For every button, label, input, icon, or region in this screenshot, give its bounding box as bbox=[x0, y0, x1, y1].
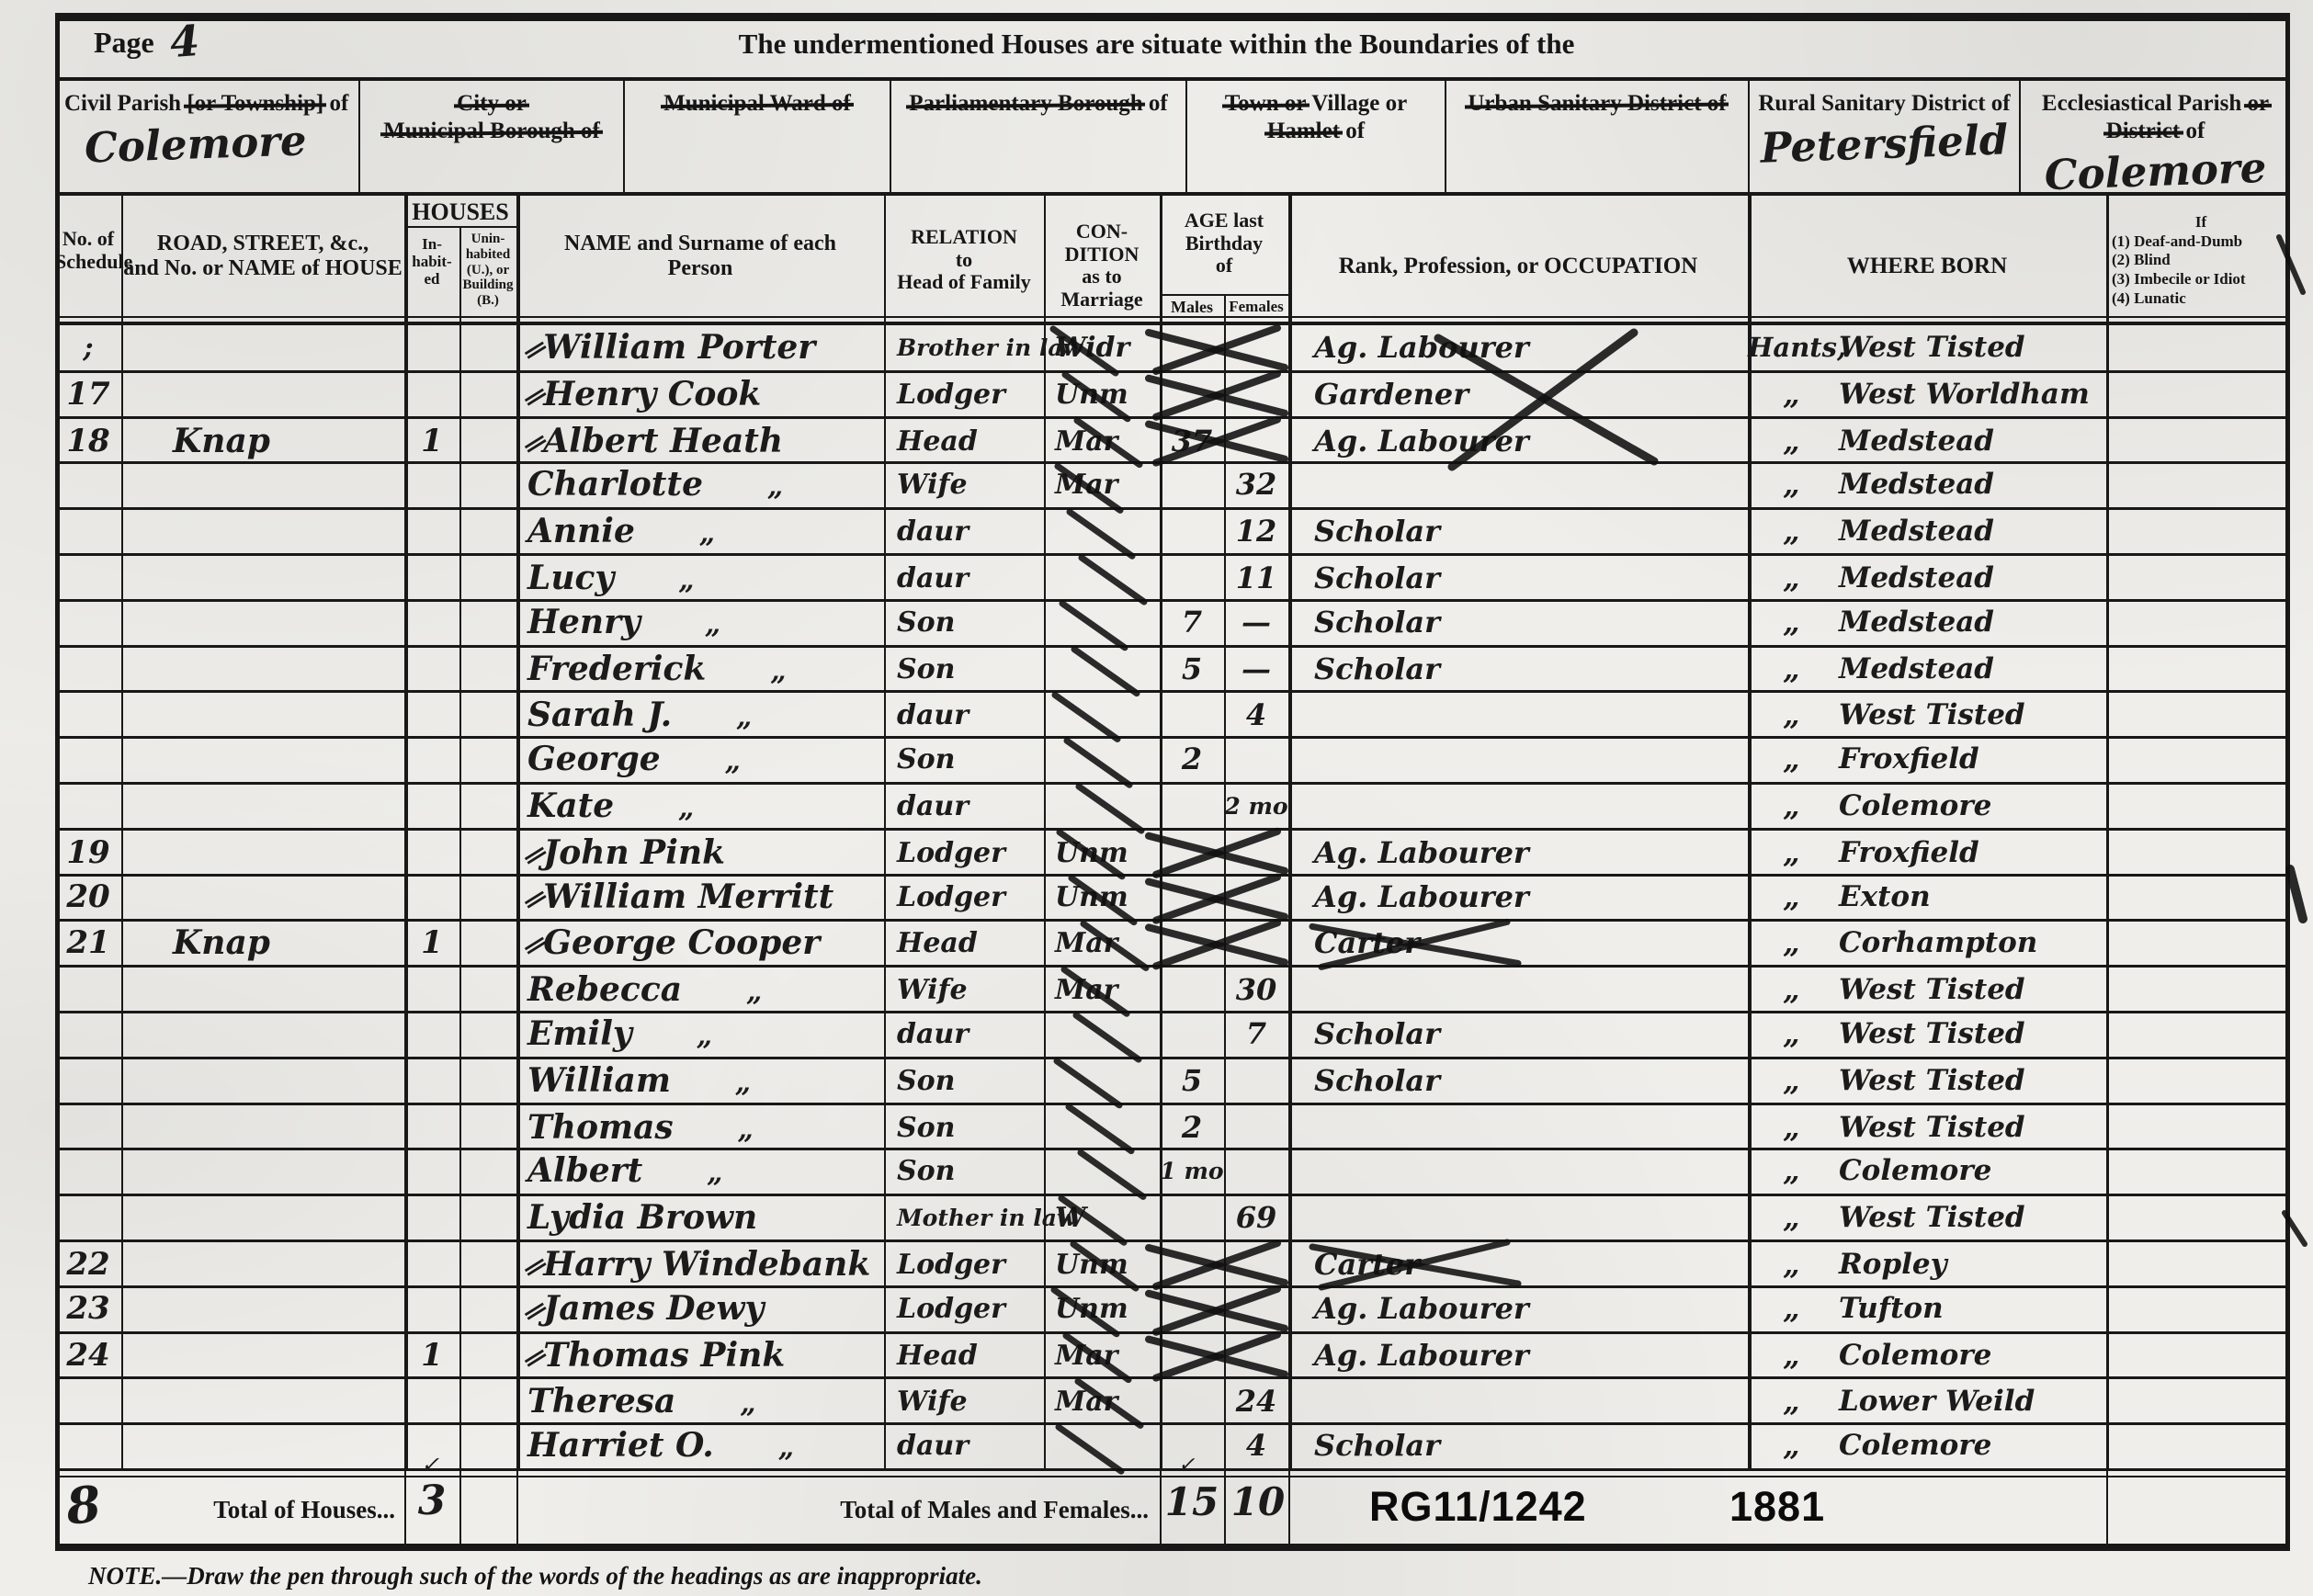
person-name: Kate bbox=[527, 787, 614, 825]
cell-born-prefix: „ bbox=[1748, 737, 1835, 783]
cell-born: Froxfield bbox=[1835, 737, 2102, 783]
row-rule bbox=[55, 1331, 2290, 1334]
cell-born: Medstead bbox=[1835, 647, 2102, 693]
cell-born: Froxfield bbox=[1835, 831, 2102, 877]
cell-name: Harriet O.„ bbox=[516, 1423, 884, 1469]
cell-occupation: Scholar bbox=[1288, 1423, 1748, 1469]
cell-occupation: Scholar bbox=[1288, 647, 1748, 693]
cell-relation: daur bbox=[884, 1012, 1044, 1058]
surname-ditto: „ bbox=[746, 976, 762, 1008]
cell-born-prefix: „ bbox=[1748, 1105, 1835, 1151]
cell-condition: Widr bbox=[1044, 325, 1160, 371]
totals-divider bbox=[516, 1470, 518, 1544]
header-box-civil-parish: Civil Parish [or Township] ofColemore bbox=[55, 81, 358, 195]
cell-born-prefix: „ bbox=[1748, 921, 1835, 967]
cell-condition: Mar bbox=[1044, 419, 1160, 465]
cell-born: Colemore bbox=[1835, 1333, 2102, 1379]
totals-divider bbox=[459, 1470, 461, 1544]
census-year-stamp: 1881 bbox=[1729, 1483, 1825, 1531]
cell-born-prefix: „ bbox=[1748, 509, 1835, 555]
header-box-municipal-ward: Municipal Ward of bbox=[623, 81, 890, 195]
cell-relation: Head bbox=[884, 921, 1044, 967]
cell-born: West Tisted bbox=[1835, 1058, 2102, 1104]
surname-ditto: „ bbox=[678, 564, 694, 596]
cell-relation: daur bbox=[884, 509, 1044, 555]
cell-born: Lower Weild bbox=[1835, 1379, 2102, 1425]
cell-born-prefix: „ bbox=[1748, 1149, 1835, 1194]
cell-age-female: 11 bbox=[1224, 556, 1288, 602]
person-name: James Dewy bbox=[543, 1289, 764, 1328]
total-males-value: 15 bbox=[1160, 1479, 1224, 1524]
cell-relation: daur bbox=[884, 784, 1044, 830]
cell-road: Knap bbox=[121, 419, 404, 465]
condition-slash bbox=[1076, 1015, 1139, 1059]
col-divider-uninh bbox=[459, 228, 461, 1470]
houses-subrule bbox=[404, 226, 516, 228]
cell-name: Henry„ bbox=[516, 600, 884, 646]
cell-age-female: 12 bbox=[1224, 509, 1288, 555]
age-cross bbox=[1156, 374, 1277, 417]
col-divider-inf bbox=[2106, 195, 2109, 1470]
header-box-label: City orMunicipal Borough of bbox=[360, 81, 623, 145]
header-box-label-segment: of bbox=[2180, 119, 2205, 143]
age-cross bbox=[1156, 328, 1277, 371]
col-divider-name bbox=[516, 195, 520, 1470]
cell-relation: Mother in law bbox=[884, 1195, 1044, 1241]
cell-condition: Unm bbox=[1044, 1286, 1160, 1332]
cell-relation: Son bbox=[884, 1058, 1044, 1104]
person-name: Charlotte bbox=[527, 465, 703, 504]
person-name: John Pink bbox=[543, 833, 725, 872]
cell-name: Charlotte„ bbox=[516, 462, 884, 508]
condition-slash bbox=[1069, 1107, 1131, 1151]
cell-born-prefix: „ bbox=[1748, 1286, 1835, 1332]
age-cross bbox=[1149, 1248, 1285, 1283]
row-rule bbox=[55, 1148, 2290, 1150]
page-strip-rule bbox=[55, 77, 2290, 81]
cell-road: Knap bbox=[121, 921, 404, 967]
cell-born-prefix: „ bbox=[1748, 600, 1835, 646]
cell-born: Ropley bbox=[1835, 1242, 2102, 1288]
cell-occupation: Scholar bbox=[1288, 1012, 1748, 1058]
age-cross bbox=[1149, 927, 1285, 962]
cell-name: ∥William Merritt bbox=[516, 875, 884, 921]
header-box-label: Municipal Ward of bbox=[625, 81, 890, 118]
cell-relation: daur bbox=[884, 1423, 1044, 1469]
cell-occupation: Ag. Labourer bbox=[1288, 1333, 1748, 1379]
cell-condition: Mar bbox=[1044, 921, 1160, 967]
col-divider-age_m bbox=[1160, 195, 1162, 1470]
cell-name: ∥Harry Windebank bbox=[516, 1242, 884, 1288]
cell-relation: Lodger bbox=[884, 372, 1044, 418]
cell-born-prefix: „ bbox=[1748, 1012, 1835, 1058]
cell-age-male: 2 bbox=[1160, 1105, 1224, 1151]
total-houses-value: 3 bbox=[404, 1477, 459, 1524]
col-divider-occ bbox=[1288, 195, 1292, 1470]
cell-name: Sarah J.„ bbox=[516, 693, 884, 739]
cell-age-female: — bbox=[1224, 600, 1288, 646]
person-name: George Cooper bbox=[543, 923, 820, 962]
surname-ditto: „ bbox=[740, 1387, 755, 1420]
cell-born: Colemore bbox=[1835, 784, 2102, 830]
row-rule bbox=[55, 736, 2290, 739]
person-name: Harriet O. bbox=[527, 1426, 714, 1465]
cell-occupation: Ag. Labourer bbox=[1288, 1286, 1748, 1332]
header-box-label: Parliamentary Borough of bbox=[891, 81, 1185, 118]
row-rule bbox=[55, 370, 2290, 373]
person-name: Lucy bbox=[527, 559, 614, 597]
cell-age-male: 7 bbox=[1160, 600, 1224, 646]
cell-condition: W bbox=[1044, 1195, 1160, 1241]
person-name: Albert Heath bbox=[543, 422, 783, 460]
cell-schedule-mark: ; bbox=[55, 325, 121, 371]
row-rule bbox=[55, 507, 2290, 510]
cell-born: West Tisted bbox=[1835, 325, 2102, 371]
cell-age-female: 32 bbox=[1224, 462, 1288, 508]
row-rule bbox=[55, 1468, 2290, 1471]
cell-born-prefix: „ bbox=[1748, 419, 1835, 465]
cell-born: Exton bbox=[1835, 875, 2102, 921]
age-cross bbox=[1149, 379, 1285, 413]
surname-ditto: „ bbox=[738, 1114, 754, 1146]
cell-occupation: Carter bbox=[1288, 921, 1748, 967]
person-name: George bbox=[527, 740, 661, 778]
totals-divider bbox=[2106, 1470, 2108, 1544]
cell-age-female: 69 bbox=[1224, 1195, 1288, 1241]
cell-condition: Unm bbox=[1044, 831, 1160, 877]
cell-name: Annie„ bbox=[516, 509, 884, 555]
cell-born-prefix: „ bbox=[1748, 556, 1835, 602]
cell-inhabited: 1 bbox=[404, 1333, 459, 1379]
total-houses-check: ✓ bbox=[421, 1452, 439, 1477]
cell-born: Tufton bbox=[1835, 1286, 2102, 1332]
surname-ditto: „ bbox=[778, 1432, 794, 1464]
header-box-label-segment: or bbox=[2247, 91, 2269, 116]
cell-name: Lydia Brown bbox=[516, 1195, 884, 1241]
cell-schedule: 18 bbox=[55, 419, 121, 465]
cell-name: Frederick„ bbox=[516, 647, 884, 693]
header-box-label-segment: City or bbox=[457, 91, 527, 116]
cell-name: George„ bbox=[516, 737, 884, 783]
cell-name: ∥Albert Heath bbox=[516, 419, 884, 465]
header-box-divider bbox=[358, 81, 360, 195]
cell-born: Medstead bbox=[1835, 556, 2102, 602]
row-rule bbox=[55, 965, 2290, 968]
age-cross bbox=[1156, 1289, 1277, 1332]
total-males-females-label: Total of Males and Females... bbox=[790, 1496, 1149, 1524]
cell-born-prefix: „ bbox=[1748, 1242, 1835, 1288]
cell-age-female: 2 mo bbox=[1224, 784, 1288, 830]
frame-left bbox=[55, 13, 60, 1551]
cell-relation: daur bbox=[884, 693, 1044, 739]
cell-name: Theresa„ bbox=[516, 1379, 884, 1425]
cell-born-prefix: „ bbox=[1748, 372, 1835, 418]
condition-slash bbox=[1055, 695, 1117, 739]
person-name: Thomas bbox=[527, 1108, 674, 1147]
person-name: Thomas Pink bbox=[543, 1336, 785, 1375]
col-divider-age_f bbox=[1224, 296, 1226, 1470]
frame-top bbox=[55, 13, 2290, 21]
cell-schedule: 23 bbox=[55, 1286, 121, 1332]
condition-slash bbox=[1062, 604, 1125, 648]
cell-condition: Mar bbox=[1044, 968, 1160, 1013]
cell-relation: Son bbox=[884, 737, 1044, 783]
header-box-label: Ecclesiastical Parish orDistrict of bbox=[2021, 81, 2290, 145]
cell-occupation: Scholar bbox=[1288, 509, 1748, 555]
row-rule bbox=[55, 553, 2290, 556]
frame-bottom bbox=[55, 1544, 2290, 1551]
cell-age-male: 1 mo bbox=[1160, 1149, 1224, 1194]
age-cross bbox=[1156, 1243, 1277, 1286]
surname-ditto: „ bbox=[767, 470, 783, 503]
person-name: Lydia Brown bbox=[527, 1198, 757, 1237]
age-cross bbox=[1149, 333, 1285, 368]
cell-born-prefix: „ bbox=[1748, 1423, 1835, 1469]
cell-relation: daur bbox=[884, 556, 1044, 602]
cell-born: West Tisted bbox=[1835, 1195, 2102, 1241]
cell-born: Corhampton bbox=[1835, 921, 2102, 967]
person-name: Henry Cook bbox=[543, 375, 761, 413]
cell-relation: Lodger bbox=[884, 1242, 1044, 1288]
cell-relation: Son bbox=[884, 647, 1044, 693]
cell-born: West Worldham bbox=[1835, 372, 2102, 418]
header-box-parliamentary-borough: Parliamentary Borough of bbox=[890, 81, 1185, 195]
cell-age-female: 30 bbox=[1224, 968, 1288, 1013]
cell-schedule: 21 bbox=[55, 921, 121, 967]
cell-born: Colemore bbox=[1835, 1423, 2102, 1469]
header-box-divider bbox=[1445, 81, 1446, 195]
cell-name: Rebecca„ bbox=[516, 968, 884, 1013]
header-box-label: Town or Village orHamlet of bbox=[1187, 81, 1445, 145]
cell-occupation: Scholar bbox=[1288, 1058, 1748, 1104]
surname-ditto: „ bbox=[699, 517, 715, 549]
row-rule bbox=[55, 874, 2290, 877]
header-box-label-segment: Municipal Borough of bbox=[383, 119, 600, 143]
cell-relation: Lodger bbox=[884, 831, 1044, 877]
cell-born: Medstead bbox=[1835, 462, 2102, 508]
header-box-divider bbox=[623, 81, 625, 195]
cell-occupation: Scholar bbox=[1288, 600, 1748, 646]
cell-born-prefix: „ bbox=[1748, 831, 1835, 877]
col-divider-cond bbox=[1044, 195, 1046, 1470]
cell-relation: Son bbox=[884, 600, 1044, 646]
cell-born: Colemore bbox=[1835, 1149, 2102, 1194]
person-name: William Merritt bbox=[543, 877, 833, 916]
cell-born-prefix: „ bbox=[1748, 1058, 1835, 1104]
person-name: Frederick bbox=[527, 650, 706, 688]
cell-occupation: Scholar bbox=[1288, 556, 1748, 602]
total-houses-label: Total of Houses... bbox=[138, 1496, 395, 1524]
header-box-town-village-hamlet: Town or Village orHamlet of bbox=[1185, 81, 1445, 195]
cell-name: ∥George Cooper bbox=[516, 921, 884, 967]
cell-schedule: 20 bbox=[55, 875, 121, 921]
header-box-label-segment: Ecclesiastical Parish bbox=[2042, 91, 2248, 116]
cell-occupation: Ag. Labourer bbox=[1288, 831, 1748, 877]
age-cross bbox=[1149, 1294, 1285, 1329]
age-cross bbox=[1149, 882, 1285, 917]
header-box-label: Urban Sanitary District of bbox=[1446, 81, 1748, 118]
row-rule bbox=[55, 1194, 2290, 1196]
frame-right bbox=[2285, 13, 2290, 1551]
person-name: Emily bbox=[527, 1014, 632, 1053]
cell-age-male: 37 bbox=[1160, 419, 1224, 465]
cell-name: ∥Henry Cook bbox=[516, 372, 884, 418]
person-name: Harry Windebank bbox=[543, 1245, 870, 1284]
row-rule bbox=[55, 1285, 2290, 1288]
person-name: Rebecca bbox=[527, 970, 682, 1009]
cell-born-prefix: „ bbox=[1748, 875, 1835, 921]
header-box-value: Petersfield bbox=[1749, 115, 2020, 173]
header-box-label-segment: of bbox=[1340, 119, 1365, 143]
cell-condition: Unm bbox=[1044, 372, 1160, 418]
schedule-total-mark: 8 bbox=[63, 1474, 104, 1536]
header-box-label-segment: Rural Sanitary District of bbox=[1758, 91, 2010, 116]
age-cross bbox=[1156, 1335, 1277, 1378]
surname-ditto: „ bbox=[705, 608, 720, 640]
cell-schedule: 17 bbox=[55, 372, 121, 418]
header-box-label-segment: Hamlet bbox=[1267, 119, 1340, 143]
cell-name: Albert„ bbox=[516, 1149, 884, 1194]
cell-occupation: Ag. Labourer bbox=[1288, 875, 1748, 921]
age-cross bbox=[1156, 923, 1277, 966]
margin-ink-mark bbox=[2290, 869, 2303, 919]
condition-slash bbox=[1059, 1427, 1121, 1471]
row-rule bbox=[55, 599, 2290, 602]
condition-slash bbox=[1079, 787, 1141, 831]
header-boxes-rule bbox=[55, 192, 2290, 196]
cell-born: Medstead bbox=[1835, 419, 2102, 465]
cell-relation: Wife bbox=[884, 968, 1044, 1013]
cell-born-prefix: „ bbox=[1748, 1195, 1835, 1241]
surname-ditto: „ bbox=[725, 745, 741, 777]
cell-occupation: Carter bbox=[1288, 1242, 1748, 1288]
cell-occupation: Gardener bbox=[1288, 372, 1748, 418]
cell-schedule: 19 bbox=[55, 831, 121, 877]
surname-ditto: „ bbox=[735, 1067, 751, 1099]
cell-born-prefix: „ bbox=[1748, 693, 1835, 739]
header-box-label-segment: District bbox=[2106, 119, 2181, 143]
cell-born-prefix: „ bbox=[1748, 784, 1835, 830]
archive-reference-stamp: RG11/1242 bbox=[1369, 1483, 1587, 1531]
row-rule bbox=[55, 828, 2290, 831]
cell-condition: Unm bbox=[1044, 1242, 1160, 1288]
cell-name: ∥Thomas Pink bbox=[516, 1333, 884, 1379]
header-box-label: Rural Sanitary District of bbox=[1750, 81, 2019, 118]
cell-relation: Son bbox=[884, 1149, 1044, 1194]
cell-born: Medstead bbox=[1835, 600, 2102, 646]
cell-born-prefix: „ bbox=[1748, 462, 1835, 508]
condition-slash bbox=[1082, 558, 1144, 602]
cell-name: William„ bbox=[516, 1058, 884, 1104]
surname-ditto: „ bbox=[736, 701, 752, 733]
cell-age-male: 5 bbox=[1160, 1058, 1224, 1104]
header-box-divider bbox=[2019, 81, 2021, 195]
header-box-rural-sanitary-district: Rural Sanitary District ofPetersfield bbox=[1748, 81, 2019, 195]
header-box-ecclesiastical-parish: Ecclesiastical Parish orDistrict ofColem… bbox=[2019, 81, 2290, 195]
header-box-divider bbox=[1748, 81, 1750, 195]
cell-born: West Tisted bbox=[1835, 693, 2102, 739]
census-sheet-1881: Page 4 The undermentioned Houses are sit… bbox=[0, 0, 2313, 1596]
cell-relation: Wife bbox=[884, 462, 1044, 508]
cell-occupation: Ag. Labourer bbox=[1288, 419, 1748, 465]
age-cross bbox=[1149, 1340, 1285, 1375]
col-divider-inh bbox=[404, 195, 408, 1470]
cell-age-male: 5 bbox=[1160, 647, 1224, 693]
cell-inhabited: 1 bbox=[404, 921, 459, 967]
col-divider-born bbox=[1748, 195, 1752, 1470]
cell-born: West Tisted bbox=[1835, 968, 2102, 1013]
header-box-label-segment: Town or bbox=[1225, 91, 1307, 116]
header-box-label-segment: of bbox=[323, 91, 348, 116]
cell-condition: Mar bbox=[1044, 1379, 1160, 1425]
person-name: Albert bbox=[527, 1151, 642, 1190]
cell-age-female: — bbox=[1224, 647, 1288, 693]
cell-relation: Head bbox=[884, 419, 1044, 465]
header-box-value: Colemore bbox=[56, 114, 359, 173]
cell-relation: Lodger bbox=[884, 1286, 1044, 1332]
colhead-rule bbox=[55, 322, 2290, 325]
person-name: Annie bbox=[527, 512, 635, 550]
header-box-urban-sanitary-district: Urban Sanitary District of bbox=[1445, 81, 1748, 195]
total-males-check: ✓ bbox=[1178, 1454, 1195, 1477]
surname-ditto: „ bbox=[678, 792, 694, 824]
row-rule bbox=[55, 1422, 2290, 1425]
condition-slash bbox=[1081, 1152, 1143, 1196]
age-subrule bbox=[1160, 294, 1288, 296]
header-box-divider bbox=[890, 81, 891, 195]
cell-relation: Head bbox=[884, 1333, 1044, 1379]
cell-name: Emily„ bbox=[516, 1012, 884, 1058]
total-females-value: 10 bbox=[1226, 1479, 1290, 1524]
cell-condition: Unm bbox=[1044, 875, 1160, 921]
cell-age-female: 24 bbox=[1224, 1379, 1288, 1425]
cell-age-female: 4 bbox=[1224, 1423, 1288, 1469]
row-rule bbox=[55, 1376, 2290, 1379]
cell-born-prefix: Hants, bbox=[1748, 325, 1835, 371]
cell-relation: Brother in law bbox=[884, 325, 1044, 371]
header-box-label-segment: [or Township] bbox=[187, 91, 323, 116]
surname-ditto: „ bbox=[707, 1157, 722, 1189]
person-name: William Porter bbox=[543, 328, 815, 367]
cell-schedule: 24 bbox=[55, 1333, 121, 1379]
age-cross bbox=[1156, 832, 1277, 875]
row-rule bbox=[55, 919, 2290, 922]
person-name: Sarah J. bbox=[527, 696, 672, 734]
cell-born: Medstead bbox=[1835, 509, 2102, 555]
header-box-label-segment: Municipal Ward of bbox=[663, 91, 851, 116]
cell-name: Lucy„ bbox=[516, 556, 884, 602]
cell-born-prefix: „ bbox=[1748, 968, 1835, 1013]
condition-slash bbox=[1057, 1061, 1119, 1105]
surname-ditto: „ bbox=[697, 1020, 712, 1052]
condition-slash bbox=[1074, 650, 1137, 694]
header-box-label-segment: Village or bbox=[1306, 91, 1407, 116]
row-rule bbox=[55, 690, 2290, 693]
age-cross bbox=[1156, 877, 1277, 921]
cell-born-prefix: „ bbox=[1748, 647, 1835, 693]
cell-name: ∥William Porter bbox=[516, 325, 884, 371]
cell-born-prefix: „ bbox=[1748, 1333, 1835, 1379]
row-rule bbox=[55, 1057, 2290, 1059]
header-box-label-segment: Urban Sanitary District of bbox=[1468, 91, 1726, 116]
cell-age-male: 2 bbox=[1160, 737, 1224, 783]
cell-relation: Son bbox=[884, 1105, 1044, 1151]
cell-born: West Tisted bbox=[1835, 1105, 2102, 1151]
row-rule bbox=[55, 1103, 2290, 1105]
cell-condition: Mar bbox=[1044, 1333, 1160, 1379]
col-divider-rel bbox=[884, 195, 886, 1470]
person-name: Henry bbox=[527, 603, 641, 641]
